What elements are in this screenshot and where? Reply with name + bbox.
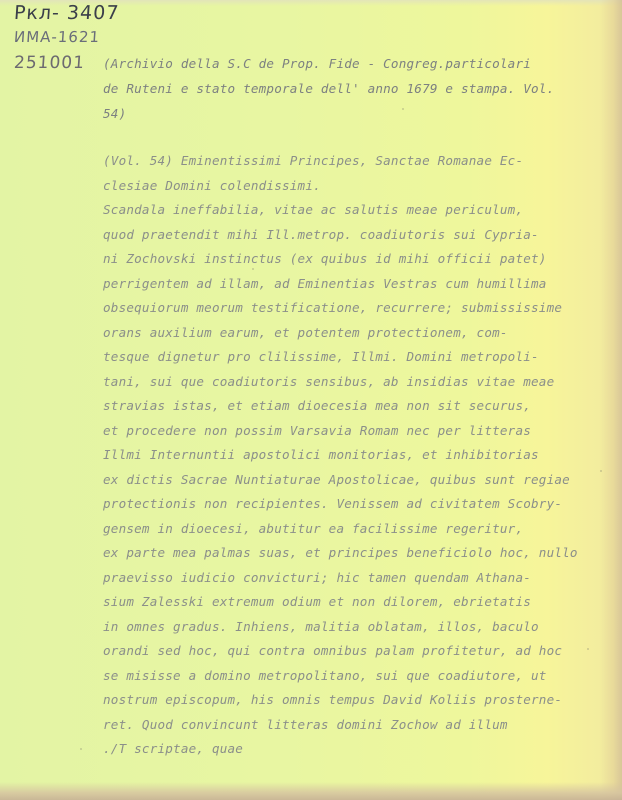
archive-source-line-2: de Ruteni e stato temporale dell' anno 1…: [103, 81, 554, 96]
body-line: (Vol. 54) Eminentissimi Principes, Sanct…: [103, 149, 578, 174]
scanned-document-page: Pкл- 3407 ИМА-1621 251001 (Archivio dell…: [0, 0, 622, 800]
body-line: Scandala ineffabilia, vitae ac salutis m…: [103, 198, 578, 223]
paper-speck: [600, 470, 602, 472]
handwritten-catalog-number: Pкл- 3407: [13, 2, 120, 24]
body-line: quod praetendit mihi Ill.metrop. coadiut…: [103, 223, 578, 248]
body-line: tani, sui que coadiutoris sensibus, ab i…: [103, 370, 578, 395]
paper-speck: [402, 108, 404, 110]
body-line: gensem in dioecesi, abutitur ea faciliss…: [103, 517, 578, 542]
body-line: praevisso iudicio convicturi; hic tamen …: [103, 566, 578, 591]
archive-source-line-3: 54): [103, 106, 126, 121]
archive-source-line-1: (Archivio della S.C de Prop. Fide - Cong…: [103, 56, 531, 71]
body-line: perrigentem ad illam, ad Eminentias Vest…: [103, 272, 578, 297]
body-line: ni Zochovski instinctus (ex quibus id mi…: [103, 247, 578, 272]
body-line: stravias istas, et etiam dioecesia mea n…: [103, 394, 578, 419]
body-line: et procedere non possim Varsavia Romam n…: [103, 419, 578, 444]
body-line: ./T scriptae, quae: [103, 737, 578, 762]
body-line: ex dictis Sacrae Nuntiaturae Apostolicae…: [103, 468, 578, 493]
handwritten-record-number: 251001: [13, 53, 85, 73]
handwritten-archive-number: ИМА-1621: [13, 28, 100, 46]
paper-bottom-edge: [0, 782, 622, 800]
body-line: nostrum episcopum, his omnis tempus Davi…: [103, 688, 578, 713]
body-line: tesque dignetur pro clilissime, Illmi. D…: [103, 345, 578, 370]
body-line: in omnes gradus. Inhiens, malitia oblata…: [103, 615, 578, 640]
paper-speck: [80, 748, 82, 750]
paper-right-edge: [600, 0, 622, 800]
letter-body: (Vol. 54) Eminentissimi Principes, Sanct…: [103, 149, 578, 762]
body-line: obsequiorum meorum testificatione, recur…: [103, 296, 578, 321]
body-line: clesiae Domini colendissimi.: [103, 174, 578, 199]
body-line: se misisse a domino metropolitano, sui q…: [103, 664, 578, 689]
body-line: orans auxilium earum, et potentem protec…: [103, 321, 578, 346]
body-line: ex parte mea palmas suas, et principes b…: [103, 541, 578, 566]
body-line: orandi sed hoc, qui contra omnibus palam…: [103, 639, 578, 664]
paper-speck: [587, 648, 589, 650]
body-line: protectionis non recipientes. Venissem a…: [103, 492, 578, 517]
body-line: ret. Quod convincunt litteras domini Zoc…: [103, 713, 578, 738]
body-line: Illmi Internuntii apostolici monitorias,…: [103, 443, 578, 468]
body-line: sium Zalesski extremum odium et non dilo…: [103, 590, 578, 615]
paper-speck: [252, 268, 254, 270]
